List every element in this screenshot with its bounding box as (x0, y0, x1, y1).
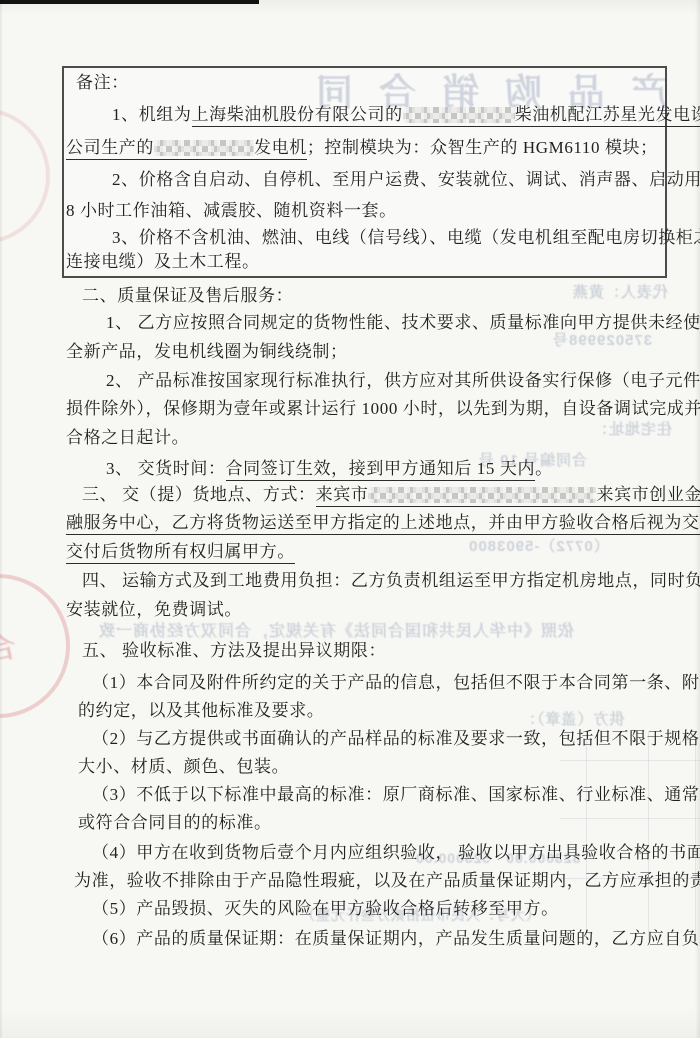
section-heading: 五、 验收标准、方法及提出异议期限： (82, 640, 386, 662)
contract-line: 为准，验收不排除由于产品隐性瑕疵，以及在产品质量保证期内，乙方应承担的责任。 (74, 870, 700, 892)
section-heading: 二、质量保证及售后服务： (82, 285, 293, 307)
contract-line: 交付后货物所有权归属甲方。 (66, 541, 295, 563)
bleed-through-table-line (695, 732, 696, 940)
bleed-through-table-line (560, 760, 700, 761)
underlined-text: 来宾市创业金 (596, 485, 700, 504)
contract-line: 合格之日起计。 (66, 427, 189, 449)
contract-line: （1）本合同及附件所约定的关于产品的信息，包括但不限于本合同第一条、附件一 (92, 672, 700, 694)
contract-line: 三、 交（提）货地点、方式：来宾市来宾市创业金 (82, 484, 700, 506)
red-stamp: 同 (0, 108, 50, 244)
line-text: 公司生产的 (66, 138, 154, 157)
contract-line: （2）与乙方提供或书面确认的产品样品的标准及要求一致，包括但不限于规格型号、 (92, 728, 700, 750)
contract-line: 损件除外），保修期为壹年或累计运行 1000 小时，以先到为期，自设备调试完成并… (66, 398, 700, 420)
underlined-text: 来宾市 (316, 485, 369, 504)
contract-line: 1、机组为上海柴油机股份有限公司的柴油机配江苏星光发电设备有限 (112, 104, 700, 126)
contract-line: 2、 产品标准按国家现行标准执行，供方应对其所供设备实行保修（电子元件及易 (106, 370, 700, 392)
underlined-text: 融服务中心，乙方将货物运送至甲方指定的上述地点，并由甲方验收合格后视为交付， (66, 513, 700, 535)
contract-line: （5）产品毁损、灭失的风险在甲方验收合格后转移至甲方。 (92, 898, 559, 920)
line-text: 三、 交（提）货地点、方式： (82, 485, 316, 504)
bleed-through-table-line (586, 732, 587, 940)
stamp-text: 合 (0, 621, 19, 671)
line-text: 柴油机配江苏星光发电设备有限 (515, 105, 700, 124)
contract-line: 连接电缆）及土木工程。 (66, 251, 260, 273)
line-text: 上海柴油机股份有限公司的 (192, 105, 403, 124)
contract-line: 2、价格含自启动、自停机、至用户运费、安装就位、调试、消声器、启动用蓄电池、 (112, 169, 700, 191)
contract-line: 3、 交货时间：合同签订生效，接到甲方通知后 15 天内。 (106, 458, 553, 480)
contract-line: 或符合合同目的的标准。 (78, 812, 272, 834)
bleed-through-fragment: 依照《中华人民共和国合同法》有关规定，合同双方经协商一致 (98, 618, 574, 641)
red-stamp: 合 (0, 574, 70, 718)
contract-line: （6）产品的质量保证期：在质量保证期内，产品发生质量问题的，乙方应自负费用， (92, 928, 700, 950)
bleed-through-fragment: 住宅地址： (592, 418, 672, 439)
contract-line: 的约定，以及其他标准及要求。 (78, 700, 324, 722)
redaction-mosaic (368, 487, 596, 503)
bleed-through-fragment: 供方（盖章）： (520, 708, 625, 729)
contract-line: 四、 运输方式及到工地费用负担：乙方负责机组运至甲方指定机房地点，同时负责 (82, 570, 700, 592)
underlined-text: 合同签订生效，接到甲方通知后 15 天内 (226, 459, 536, 481)
line-text: 。 (535, 459, 553, 478)
scanned-contract-page: 产品购销合同 代表人：黄燕 375029998号 住宅地址： 合同编号 10 号… (0, 0, 700, 1038)
notes-label: 备注： (76, 72, 129, 94)
stamp-text: 同 (0, 155, 1, 197)
contract-line: 3、价格不含机油、燃油、电线（信号线）、电缆（发电机组至配电房切换柜之间的 (112, 227, 700, 249)
contract-line: 安装就位，免费调试。 (66, 599, 242, 621)
scan-edge-strip (0, 0, 259, 4)
contract-line: 1、 乙方应按照合同规定的货物性能、技术要求、质量标准向甲方提供未经使用的 (106, 312, 700, 334)
contract-line: 融服务中心，乙方将货物运送至甲方指定的上述地点，并由甲方验收合格后视为交付， (66, 512, 700, 534)
contract-line: 公司生产的发电机；控制模块为：众智生产的 HGM6110 模块； (66, 137, 658, 159)
line-text: ；控制模块为：众智生产的 HGM6110 模块； (307, 138, 658, 157)
bleed-through-table-line (560, 818, 700, 819)
contract-line: （4）甲方在收到货物后壹个月内应组织验收， 验收以甲方出具验收合格的书面文件 (92, 842, 700, 864)
redaction-mosaic (154, 140, 254, 156)
bleed-through-table-line (648, 732, 649, 940)
underlined-text: 交付后货物所有权归属甲方。 (66, 542, 295, 564)
contract-line: 大小、材质、颜色、包装。 (78, 756, 289, 778)
bleed-through-fragment: 代表人：黄燕 (572, 281, 668, 302)
contract-line: （3）不低于以下标准中最高的标准：原厂商标准、国家标准、行业标准、通常标准 (92, 784, 700, 806)
line-text: 3、 交货时间： (106, 459, 226, 478)
bleed-through-fragment: （0772）-5903800 (468, 535, 609, 556)
line-text: 1、机组为 (112, 105, 192, 124)
line-text: 发电机 (254, 138, 307, 157)
contract-line: 全新产品，发电机线圈为铜线绕制； (66, 341, 348, 363)
contract-line: 8 小时工作油箱、减震胶、随机资料一套。 (66, 200, 397, 222)
redaction-mosaic (403, 107, 515, 123)
